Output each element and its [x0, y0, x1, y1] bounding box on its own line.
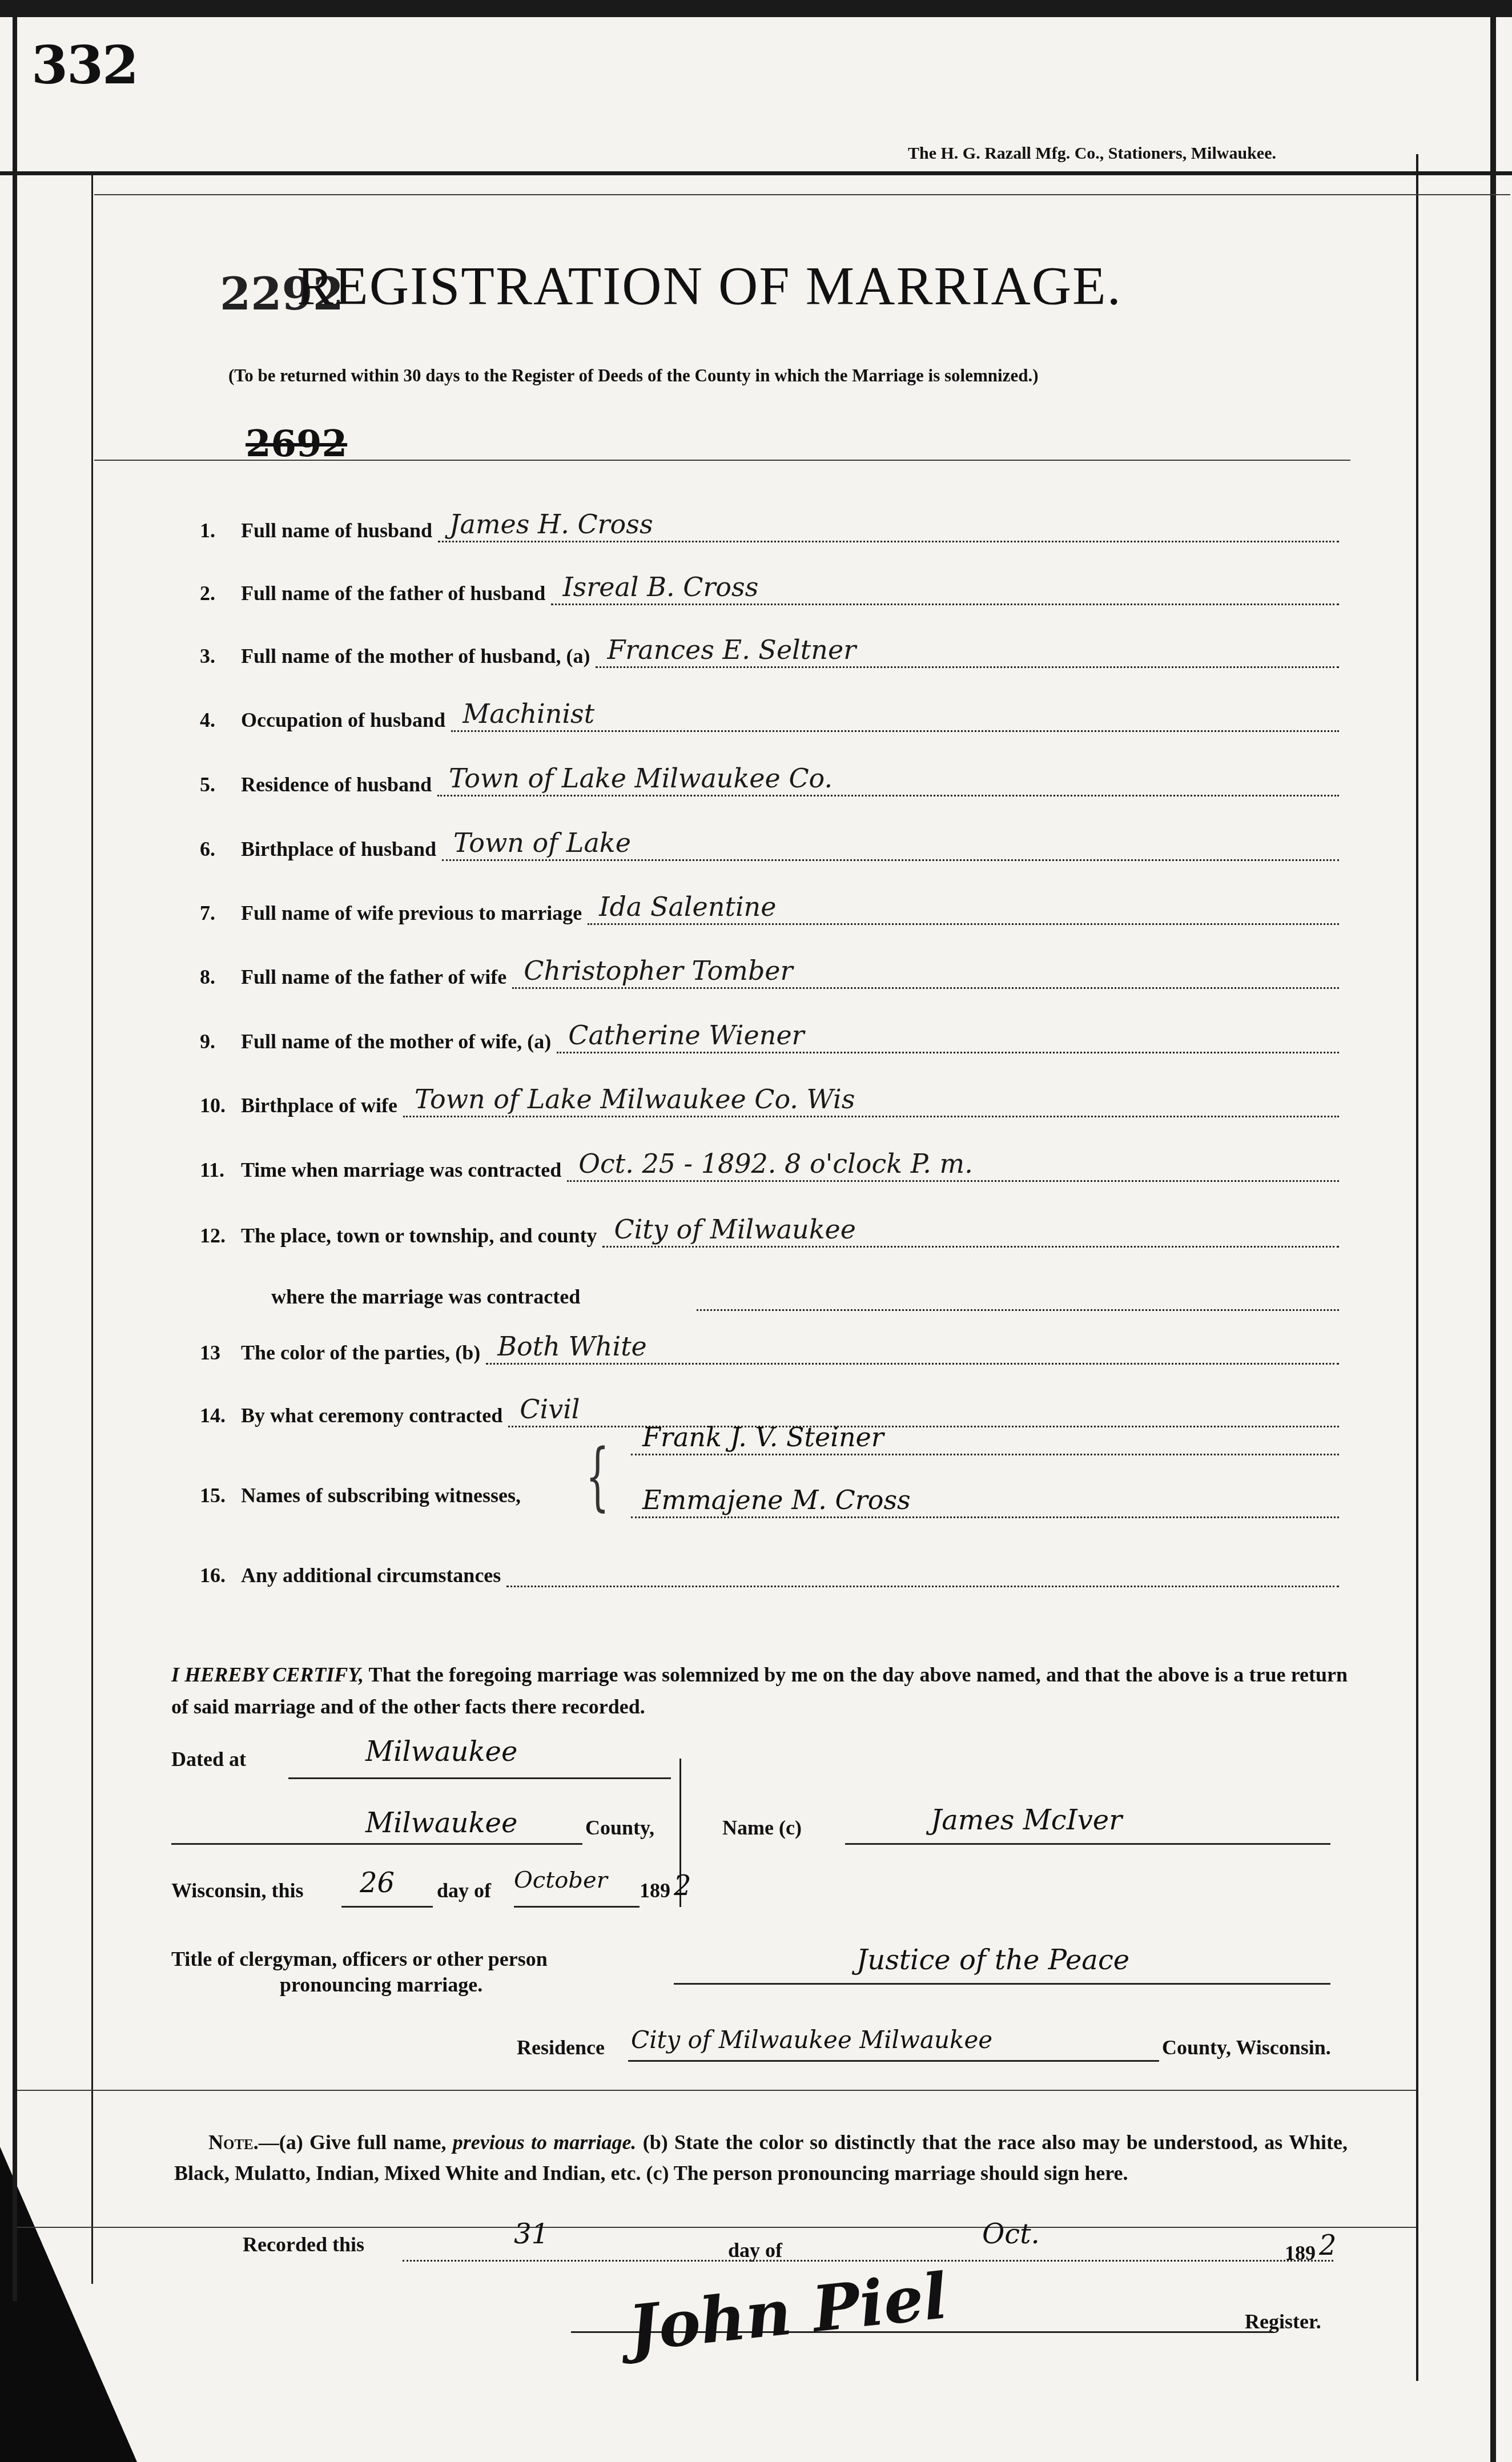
field-number: 14. [200, 1403, 241, 1427]
field-number: 10. [200, 1093, 241, 1117]
field-value[interactable]: Town of Lake Milwaukee Co. [437, 763, 1339, 796]
recorded-rule [17, 2227, 1416, 2228]
residence-suffix: County, Wisconsin. [1162, 2035, 1331, 2059]
field-number: 6. [200, 837, 241, 861]
witness-1-field[interactable]: Frank J. V. Steiner [631, 1422, 1339, 1455]
inner-right-border [1416, 154, 1418, 2381]
certify-lead: I HEREBY CERTIFY, [171, 1663, 364, 1686]
dated-at-value[interactable]: Milwaukee [365, 1736, 517, 1768]
certification-text: I HEREBY CERTIFY, That the foregoing mar… [171, 1659, 1348, 1723]
field-row-8: 8.Full name of the father of wifeChristo… [200, 955, 1339, 989]
field-row-5: 5.Residence of husbandTown of Lake Milwa… [200, 762, 1339, 796]
recorded-month[interactable]: Oct. [982, 2218, 1040, 2250]
witness-brace: { [586, 1439, 609, 1513]
field-number: 13 [200, 1341, 241, 1365]
field-number: 15. [200, 1483, 241, 1507]
field-value[interactable]: Isreal B. Cross [551, 572, 1339, 605]
field-number: 7. [200, 901, 241, 925]
field-number: 2. [200, 581, 241, 605]
day-line [341, 1904, 433, 1908]
field-number: 16. [200, 1563, 241, 1587]
recorded-line [403, 2258, 1333, 2262]
field-value[interactable] [506, 1554, 1339, 1587]
field-label: By what ceremony contracted [241, 1403, 502, 1427]
header-subrule [94, 194, 1510, 195]
month-value[interactable]: October [514, 1867, 608, 1893]
field-row-16: 16.Any additional circumstances [200, 1553, 1339, 1587]
regno-rule [94, 460, 1350, 461]
field-row-3: 3.Full name of the mother of husband, (a… [200, 634, 1339, 668]
field-row-13: 13The color of the parties, (b)Both Whit… [200, 1330, 1339, 1365]
note-a: —(a) Give full name, [259, 2131, 453, 2154]
field-value[interactable]: Catherine Wiener [557, 1020, 1339, 1053]
field-value[interactable]: James H. Cross [438, 509, 1339, 542]
field-value[interactable]: Christopher Tomber [512, 955, 1339, 989]
header-rule [0, 171, 1512, 175]
register-label: Register. [1245, 2310, 1321, 2334]
recorded-day-of-label: day of [728, 2238, 782, 2262]
outer-right-border [1490, 17, 1496, 2462]
clergy-title-line [674, 1981, 1330, 1985]
year-prefix: 189 [640, 1878, 670, 1902]
field-label: Birthplace of wife [241, 1093, 397, 1117]
wisconsin-label: Wisconsin, this [171, 1878, 303, 1902]
recorded-year-suffix[interactable]: 2 [1319, 2230, 1337, 2262]
field-label: Any additional circumstances [241, 1563, 501, 1587]
field-number: 3. [200, 644, 241, 668]
dated-at-label: Dated at [171, 1747, 246, 1771]
recorded-year-prefix: 189 [1285, 2241, 1316, 2265]
registration-number: 2692 [246, 423, 347, 465]
field-number: 8. [200, 965, 241, 989]
field-row-6: 6.Birthplace of husbandTown of Lake [200, 827, 1339, 861]
clergy-title-label-1: Title of clergyman, officers or other pe… [171, 1947, 548, 1971]
field-value[interactable]: Ida Salentine [588, 891, 1339, 925]
field-number: 12. [200, 1224, 241, 1248]
field-number: 1. [200, 518, 241, 542]
field-value[interactable]: City of Milwaukee [602, 1214, 1339, 1248]
form-note: Note.—(a) Give full name, previous to ma… [174, 2127, 1348, 2189]
field-row-4: 4.Occupation of husbandMachinist [200, 698, 1339, 732]
field-number: 11. [200, 1158, 241, 1182]
field-value[interactable]: Oct. 25 - 1892. 8 o'clock P. m. [567, 1148, 1339, 1182]
year-suffix[interactable]: 2 [674, 1870, 691, 1902]
field12-continuation: where the marriage was contracted [271, 1285, 580, 1309]
clergy-title-label-2: pronouncing marriage. [280, 1973, 482, 1997]
field-number: 9. [200, 1029, 241, 1053]
officiant-name-label: Name (c) [722, 1816, 802, 1840]
note-lead: Note. [174, 2131, 259, 2154]
field-number: 4. [200, 708, 241, 732]
county-line [171, 1841, 582, 1845]
field-label: Full name of the mother of husband, (a) [241, 644, 590, 668]
residence-label: Residence [517, 2035, 605, 2059]
field-value[interactable]: Town of Lake Milwaukee Co. Wis [403, 1084, 1339, 1117]
note-rule [17, 2090, 1416, 2091]
recorded-label: Recorded this [243, 2232, 364, 2256]
county-label: County, [585, 1816, 654, 1840]
field-row-2: 2.Full name of the father of husbandIsre… [200, 571, 1339, 605]
field-label: Full name of the father of husband [241, 581, 545, 605]
field-row-10: 10.Birthplace of wifeTown of Lake Milwau… [200, 1083, 1339, 1117]
field-label: Residence of husband [241, 773, 432, 796]
field-label: Birthplace of husband [241, 837, 436, 861]
field-value[interactable]: Both White [486, 1331, 1339, 1365]
field-label: Full name of wife previous to marriage [241, 901, 582, 925]
inner-left-border [91, 171, 93, 2284]
day-of-label: day of [437, 1878, 491, 1902]
residence-line [628, 2058, 1159, 2062]
scan-dark-corner [0, 2147, 137, 2462]
field-row-7: 7.Full name of wife previous to marriage… [200, 891, 1339, 925]
field-label: Occupation of husband [241, 708, 445, 732]
field-value[interactable]: Machinist [451, 698, 1339, 732]
document-subtitle: (To be returned within 30 days to the Re… [228, 365, 1038, 386]
recorded-day[interactable]: 31 [514, 2218, 549, 2250]
field-value[interactable]: Town of Lake [442, 827, 1339, 861]
clergy-title-value[interactable]: Justice of the Peace [856, 1944, 1129, 1976]
field-row-12: 12.The place, town or township, and coun… [200, 1213, 1339, 1248]
field-label: Full name of the father of wife [241, 965, 506, 989]
outer-left-border [13, 17, 17, 2301]
field-number: 5. [200, 773, 241, 796]
field-label: The place, town or township, and county [241, 1224, 597, 1248]
field12-continuation-line[interactable] [697, 1308, 1339, 1311]
document-title: REGISTRATION OF MARRIAGE. [297, 254, 1122, 317]
field-row-1: 1.Full name of husbandJames H. Cross [200, 508, 1339, 542]
field-label: Names of subscribing witnesses, [241, 1483, 521, 1507]
officiant-name-value[interactable]: James McIver [931, 1804, 1122, 1836]
stationer-credit: The H. G. Razall Mfg. Co., Stationers, M… [908, 144, 1276, 163]
officiant-name-line [845, 1841, 1330, 1845]
month-line [514, 1904, 640, 1908]
field-label: Full name of husband [241, 518, 432, 542]
field-value[interactable]: Frances E. Seltner [596, 634, 1339, 668]
witness-2-field[interactable]: Emmajene M. Cross [631, 1485, 1339, 1518]
field-label: Full name of the mother of wife, (a) [241, 1029, 551, 1053]
day-value[interactable]: 26 [360, 1867, 395, 1899]
field-row-11: 11.Time when marriage was contractedOct.… [200, 1148, 1339, 1182]
field-row-9: 9.Full name of the mother of wife, (a)Ca… [200, 1019, 1339, 1053]
field-label: Time when marriage was contracted [241, 1158, 561, 1182]
dated-at-line [288, 1776, 671, 1779]
county-value[interactable]: Milwaukee [365, 1807, 517, 1839]
residence-value[interactable]: City of Milwaukee Milwaukee [631, 2026, 992, 2054]
page-number: 332 [31, 34, 138, 96]
field-label: The color of the parties, (b) [241, 1341, 480, 1365]
note-a-italic: previous to marriage. [453, 2131, 637, 2154]
